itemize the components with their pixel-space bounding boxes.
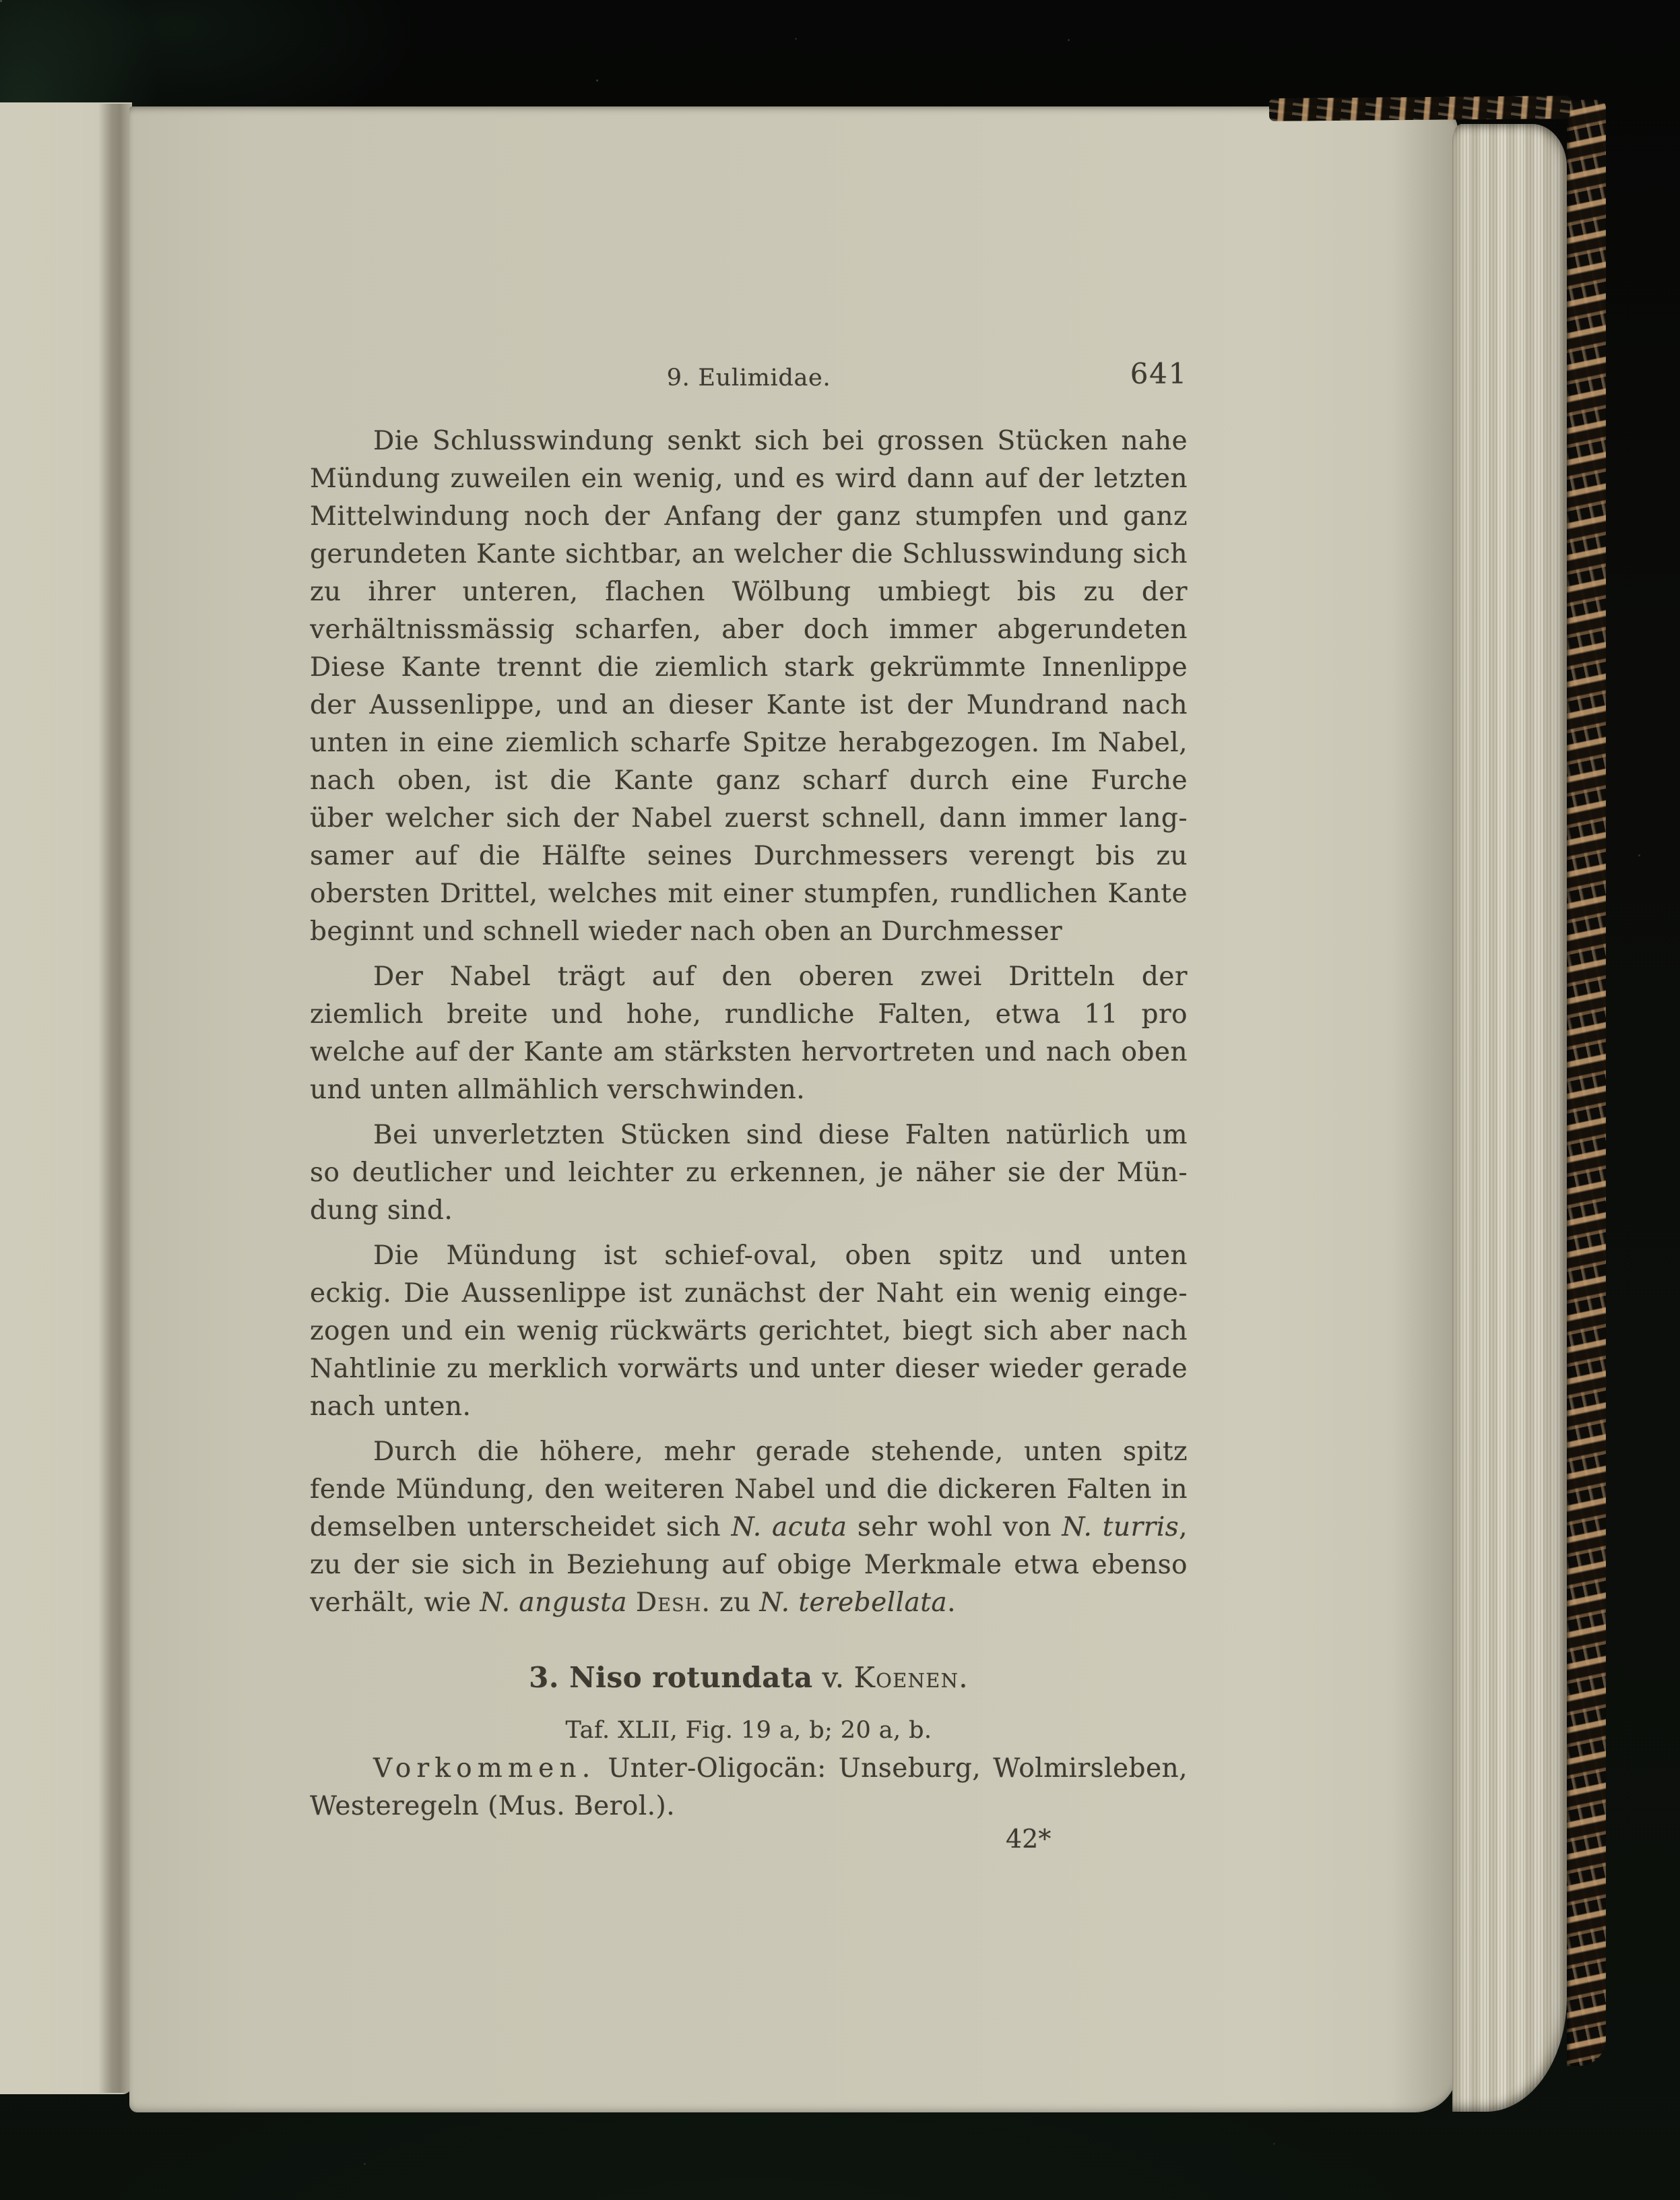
page-number: 641	[1130, 355, 1188, 393]
text-line: Bei unverletzten Stücken sind diese Falt…	[310, 1117, 1188, 1154]
text-line: Mündung zuweilen ein wenig, und es wird …	[310, 460, 1188, 498]
text-line: verhältnissmässig scharfen, aber doch im…	[310, 611, 1188, 649]
text-line: Die Schlusswindung senkt sich bei grosse…	[310, 422, 1188, 460]
text-line: fende Mündung, den weiteren Nabel und di…	[310, 1471, 1188, 1509]
text-line: so deutlicher und leichter zu erkennen, …	[310, 1154, 1188, 1192]
text-line: über welcher sich der Nabel zuerst schne…	[310, 800, 1188, 838]
body-text: Die Schlusswindung senkt sich bei grosse…	[310, 422, 1188, 1622]
page-text-layer: 9. Eulimidae. 641 Die Schlusswindung sen…	[0, 0, 1680, 2200]
text-line: Vorkommen. Unter-Oligocän: Unseburg, Wol…	[310, 1750, 1188, 1788]
text-line: demselben unterscheidet sich N. acuta se…	[310, 1509, 1188, 1546]
text-line: ziemlich breite und hohe, rundliche Falt…	[310, 996, 1188, 1034]
text-line: Der Nabel trägt auf den oberen zwei Drit…	[310, 958, 1188, 996]
section-title: 9. Eulimidae.	[310, 359, 1188, 397]
text-line: nach unten.	[310, 1388, 1188, 1426]
text-line: Mittelwindung noch der Anfang der ganz s…	[310, 498, 1188, 536]
text-line: der Aussenlippe, und an dieser Kante ist…	[310, 687, 1188, 724]
occurrence-paragraph: Vorkommen. Unter-Oligocän: Unseburg, Wol…	[310, 1750, 1188, 1825]
text-line: Westeregeln (Mus. Berol.).	[310, 1788, 1188, 1825]
text-line: eckig. Die Aussenlippe ist zunächst der …	[310, 1275, 1188, 1313]
plate-caption: Taf. XLII, Fig. 19 a, b; 20 a, b.	[310, 1711, 1188, 1749]
text-line: verhält, wie N. angusta Desh. zu N. tere…	[310, 1584, 1188, 1622]
text-line: nach oben, ist die Kante ganz scharf dur…	[310, 762, 1188, 800]
text-line: Diese Kante trennt die ziemlich stark ge…	[310, 649, 1188, 687]
species-heading: 3. Niso rotundata v. Koenen.	[310, 1659, 1188, 1697]
text-line: beginnt und schnell wieder nach oben an …	[310, 913, 1188, 951]
text-line: samer auf die Hälfte seines Durchmessers…	[310, 838, 1188, 875]
text-line: gerundeten Kante sichtbar, an welcher di…	[310, 536, 1188, 573]
text-line: unten in eine ziemlich scharfe Spitze he…	[310, 724, 1188, 762]
text-line: Nahtlinie zu merklich vorwärts und unter…	[310, 1350, 1188, 1388]
text-line: 3. Niso rotundata v. Koenen.	[310, 1659, 1188, 1697]
text-line: Taf. XLII, Fig. 19 a, b; 20 a, b.	[310, 1711, 1188, 1749]
text-line: zu der sie sich in Beziehung auf obige M…	[310, 1546, 1188, 1584]
running-header: 9. Eulimidae. 641	[310, 359, 1188, 397]
text-line: dung sind.	[310, 1192, 1188, 1230]
text-line: zogen und ein wenig rückwärts gerichtet,…	[310, 1313, 1188, 1350]
text-line: und unten allmählich verschwinden.	[310, 1071, 1188, 1109]
signature-mark: 42*	[1006, 1820, 1051, 1858]
text-line: welche auf der Kante am stärksten hervor…	[310, 1034, 1188, 1071]
text-line: Die Mündung ist schief-oval, oben spitz …	[310, 1237, 1188, 1275]
text-line: obersten Drittel, welches mit einer stum…	[310, 875, 1188, 913]
scanned-book-page-photo: 9. Eulimidae. 641 Die Schlusswindung sen…	[0, 0, 1680, 2200]
text-line: Durch die höhere, mehr gerade stehende, …	[310, 1433, 1188, 1471]
text-line: zu ihrer unteren, flachen Wölbung umbieg…	[310, 573, 1188, 611]
